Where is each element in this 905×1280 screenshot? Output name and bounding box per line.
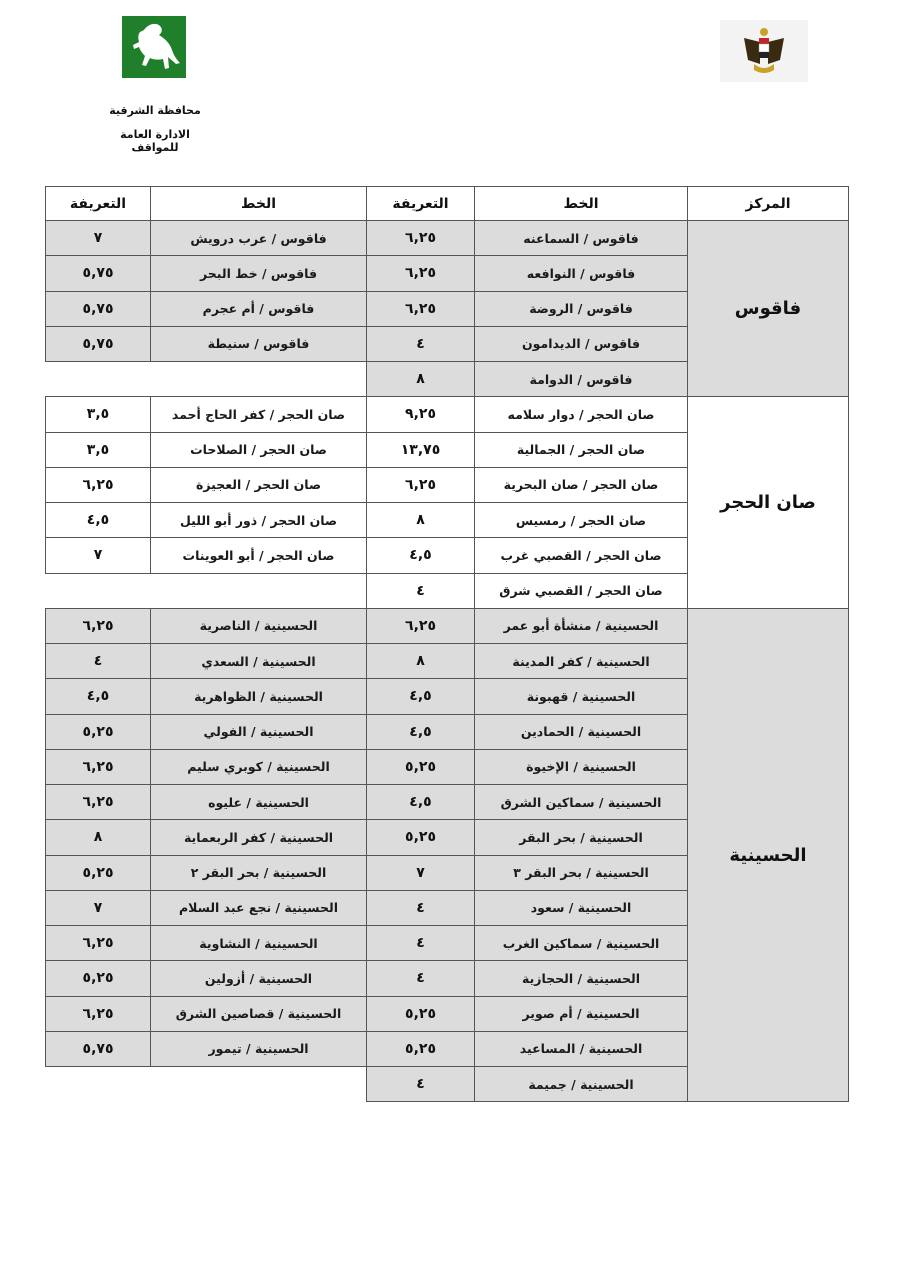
- route-line: الحسينية / سماكين الغرب: [474, 925, 688, 961]
- fare-value: ٥,٢٥: [45, 960, 151, 996]
- route-line: الحسينية / المساعيد: [474, 1031, 688, 1067]
- route-line: الحسينية / الظواهرية: [150, 678, 367, 714]
- route-line: فاقوس / أم عجرم: [150, 291, 367, 327]
- route-line: الحسينية / تيمور: [150, 1031, 367, 1067]
- fare-value: ٤: [366, 925, 475, 961]
- fare-value: ٥,٧٥: [45, 326, 151, 362]
- fare-value: ٤,٥: [366, 678, 475, 714]
- route-line: صان الحجر / أبو العوينات: [150, 537, 367, 573]
- route-line: الحسينية / كفر المدينة: [474, 643, 688, 679]
- route-line: صان الحجر / القصبي غرب: [474, 537, 688, 573]
- route-line: صان الحجر / القصبي شرق: [474, 573, 688, 609]
- fare-value: ٤: [366, 890, 475, 926]
- route-line: صان الحجر / الصلاحات: [150, 432, 367, 468]
- fare-value: ٦,٢٥: [366, 467, 475, 503]
- fare-value: ٥,٧٥: [45, 291, 151, 327]
- fare-value: ٨: [366, 643, 475, 679]
- route-line: الحسينية / عليوه: [150, 784, 367, 820]
- fare-value: ٤,٥: [366, 714, 475, 750]
- route-line: فاقوس / الديدامون: [474, 326, 688, 362]
- fare-value: ٦,٢٥: [366, 608, 475, 644]
- fare-value: ٩,٢٥: [366, 396, 475, 432]
- horse-icon: [122, 16, 186, 78]
- route-line: الحسينية / سعود: [474, 890, 688, 926]
- center-cell: الحسينية: [687, 608, 849, 1103]
- center-cell: فاقوس: [687, 220, 849, 397]
- sharqia-horse-logo: [122, 16, 186, 78]
- fare-value: ٥,٢٥: [45, 855, 151, 891]
- route-line: صان الحجر / العجيزة: [150, 467, 367, 503]
- eagle-icon: [720, 20, 808, 82]
- route-line: الحسينية / قهبونة: [474, 678, 688, 714]
- route-line: الحسينية / الإخيوة: [474, 749, 688, 785]
- route-line: صان الحجر / دوار سلامه: [474, 396, 688, 432]
- route-line: الحسينية / الناصرية: [150, 608, 367, 644]
- fare-value: ٦,٢٥: [366, 220, 475, 256]
- route-line: فاقوس / النوافعه: [474, 255, 688, 291]
- fare-value: ٦,٢٥: [45, 784, 151, 820]
- column-header-fare: التعريفة: [366, 186, 475, 221]
- fare-value: ٦,٢٥: [366, 291, 475, 327]
- fare-value: ٤,٥: [45, 502, 151, 538]
- fare-value: ٦,٢٥: [45, 749, 151, 785]
- route-line: الحسينية / أزولين: [150, 960, 367, 996]
- fare-value: ١٣,٧٥: [366, 432, 475, 468]
- fare-value: ٨: [366, 361, 475, 397]
- fare-value: ٤: [366, 1066, 475, 1102]
- governorate-name: محافظة الشرقية: [95, 104, 215, 117]
- fare-value: ٦,٢٥: [45, 467, 151, 503]
- route-line: الحسينية / أم صوير: [474, 996, 688, 1032]
- fare-value: ٦,٢٥: [45, 608, 151, 644]
- route-line: الحسينية / سماكين الشرق: [474, 784, 688, 820]
- route-line: الحسينية / بحر البقر ٢: [150, 855, 367, 891]
- route-line: صان الحجر / ذور أبو الليل: [150, 502, 367, 538]
- route-line: الحسينية / الحجازية: [474, 960, 688, 996]
- route-line: فاقوس / السماعنه: [474, 220, 688, 256]
- fare-value: ٥,٢٥: [366, 1031, 475, 1067]
- route-line: الحسينية / الفولي: [150, 714, 367, 750]
- fare-value: ٥,٢٥: [45, 714, 151, 750]
- fare-value: ٦,٢٥: [366, 255, 475, 291]
- fare-value: ٣,٥: [45, 396, 151, 432]
- route-line: صان الحجر / صان البحرية: [474, 467, 688, 503]
- route-line: فاقوس / الدوامة: [474, 361, 688, 397]
- route-line: فاقوس / سنيطة: [150, 326, 367, 362]
- fare-value: ٤: [366, 573, 475, 609]
- fare-value: ٨: [45, 819, 151, 855]
- route-line: صان الحجر / رمسيس: [474, 502, 688, 538]
- egypt-eagle-emblem: [720, 20, 808, 82]
- column-header-center: المركز: [687, 186, 849, 221]
- route-line: الحسينية / نجع عبد السلام: [150, 890, 367, 926]
- route-line: فاقوس / الروضة: [474, 291, 688, 327]
- fare-value: ٥,٧٥: [45, 255, 151, 291]
- route-line: الحسينية / كوبري سليم: [150, 749, 367, 785]
- fare-value: ٣,٥: [45, 432, 151, 468]
- fare-value: ٦,٢٥: [45, 996, 151, 1032]
- department-name: الادارة العامة للمواقف: [95, 128, 215, 154]
- fare-value: ٤,٥: [45, 678, 151, 714]
- route-line: الحسينية / جميمة: [474, 1066, 688, 1102]
- route-line: الحسينية / الحمادين: [474, 714, 688, 750]
- fare-value: ٥,٢٥: [366, 819, 475, 855]
- fare-value: ٦,٢٥: [45, 925, 151, 961]
- route-line: الحسينية / النشاوية: [150, 925, 367, 961]
- fare-value: ٧: [45, 220, 151, 256]
- column-header-line2: الخط: [150, 186, 367, 221]
- fare-value: ٤: [45, 643, 151, 679]
- fare-value: ٥,٢٥: [366, 996, 475, 1032]
- column-header-fare2: التعريفة: [45, 186, 151, 221]
- fare-value: ٤,٥: [366, 537, 475, 573]
- fare-value: ٤: [366, 326, 475, 362]
- route-line: فاقوس / عرب درويش: [150, 220, 367, 256]
- fare-value: ٧: [45, 537, 151, 573]
- fare-value: ٧: [45, 890, 151, 926]
- route-line: الحسينية / بحر البقر ٣: [474, 855, 688, 891]
- route-line: صان الحجر / كفر الحاج أحمد: [150, 396, 367, 432]
- fare-value: ٨: [366, 502, 475, 538]
- fare-value: ٤,٥: [366, 784, 475, 820]
- route-line: الحسينية / السعدي: [150, 643, 367, 679]
- fare-value: ٥,٢٥: [366, 749, 475, 785]
- route-line: الحسينية / كفر الربعماية: [150, 819, 367, 855]
- column-header-line: الخط: [474, 186, 688, 221]
- route-line: فاقوس / خط البحر: [150, 255, 367, 291]
- fare-value: ٧: [366, 855, 475, 891]
- route-line: الحسينية / منشأة أبو عمر: [474, 608, 688, 644]
- route-line: صان الحجر / الجمالية: [474, 432, 688, 468]
- route-line: الحسينية / قصاصين الشرق: [150, 996, 367, 1032]
- route-line: الحسينية / بحر البقر: [474, 819, 688, 855]
- center-cell: صان الحجر: [687, 396, 849, 609]
- fare-value: ٤: [366, 960, 475, 996]
- fare-value: ٥,٧٥: [45, 1031, 151, 1067]
